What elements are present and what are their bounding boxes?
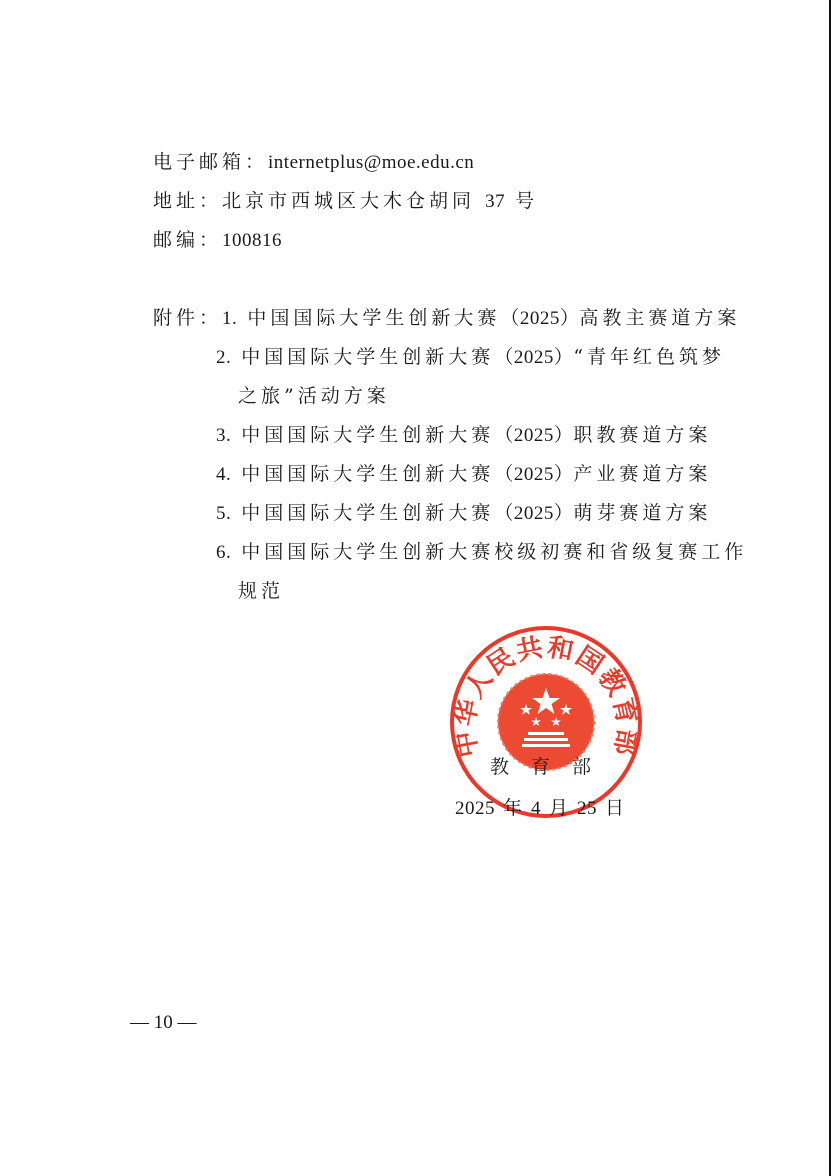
attachment-continuation: 之旅”活动方案 xyxy=(238,385,390,407)
postcode-value: 100816 xyxy=(222,230,282,251)
attachment-title: 中国国际大学生创新大赛 xyxy=(241,502,494,524)
email-value: internetplus@moe.edu.cn xyxy=(268,152,474,173)
address-line: 地址：北京市西城区大木仓胡同 37 号 xyxy=(153,189,538,214)
attachment-suffix: 职教赛道方案 xyxy=(573,424,711,446)
attachment-item-6: 6. 中国国际大学生创新大赛校级初赛和省级复赛工作 xyxy=(216,540,747,565)
attachment-number: 4. xyxy=(216,464,231,485)
attachment-title: 中国国际大学生创新大赛 xyxy=(247,307,500,329)
attachment-suffix: 产业赛道方案 xyxy=(573,463,711,485)
attachment-title: 中国国际大学生创新大赛 xyxy=(241,424,494,446)
email-line: 电子邮箱：internetplus@moe.edu.cn xyxy=(153,150,474,175)
postcode-line: 邮编：100816 xyxy=(153,228,282,253)
date-month: 4 xyxy=(531,798,541,819)
attachments-label: 附件： xyxy=(153,307,222,329)
attachment-title: 中国国际大学生创新大赛 xyxy=(241,463,494,485)
date-month-unit: 月 xyxy=(549,797,569,819)
attachment-number: 1. xyxy=(222,308,237,329)
attachment-item-5: 5. 中国国际大学生创新大赛（2025）萌芽赛道方案 xyxy=(216,501,711,526)
date-day: 25 xyxy=(577,798,597,819)
attachment-item-4: 4. 中国国际大学生创新大赛（2025）产业赛道方案 xyxy=(216,462,711,487)
page-number: — 10 — xyxy=(130,1012,197,1034)
attachment-item-2: 2. 中国国际大学生创新大赛（2025）“青年红色筑梦 xyxy=(216,345,725,370)
signature-date: 2025年4月25日 xyxy=(455,793,625,820)
address-suffix: 号 xyxy=(515,190,538,212)
attachment-item-6-continuation: 规范 xyxy=(238,579,284,603)
attachment-year: （2025） xyxy=(494,464,573,485)
attachment-item-2-continuation: 之旅”活动方案 xyxy=(238,384,390,408)
attachment-suffix: “青年红色筑梦 xyxy=(573,346,725,368)
date-day-unit: 日 xyxy=(605,797,625,819)
attachment-year: （2025） xyxy=(494,425,573,446)
address-number: 37 xyxy=(485,191,505,212)
official-seal: 中华人民共和国教育部 xyxy=(448,624,644,820)
attachment-year: （2025） xyxy=(494,347,573,368)
seal-emblem-icon: 中华人民共和国教育部 xyxy=(448,624,644,820)
address-value: 北京市西城区大木仓胡同 xyxy=(222,190,475,212)
attachment-suffix: 高教主赛道方案 xyxy=(579,307,740,329)
attachment-title: 中国国际大学生创新大赛 xyxy=(241,346,494,368)
date-year: 2025 xyxy=(455,798,495,819)
document-page: 电子邮箱：internetplus@moe.edu.cn 地址：北京市西城区大木… xyxy=(0,0,831,1176)
attachment-suffix: 萌芽赛道方案 xyxy=(573,502,711,524)
attachment-year: （2025） xyxy=(500,308,579,329)
date-year-unit: 年 xyxy=(503,797,523,819)
attachment-number: 2. xyxy=(216,347,231,368)
postcode-label: 邮编： xyxy=(153,229,222,251)
attachment-number: 5. xyxy=(216,503,231,524)
signer-name: 教育部 xyxy=(490,752,613,779)
attachment-number: 6. xyxy=(216,542,231,563)
address-label: 地址： xyxy=(153,190,222,212)
attachment-item-3: 3. 中国国际大学生创新大赛（2025）职教赛道方案 xyxy=(216,423,711,448)
attachment-title: 中国国际大学生创新大赛校级初赛和省级复赛工作 xyxy=(241,541,747,563)
attachment-item-1: 附件：1. 中国国际大学生创新大赛（2025）高教主赛道方案 xyxy=(153,306,740,331)
email-label: 电子邮箱： xyxy=(153,151,268,173)
attachment-number: 3. xyxy=(216,425,231,446)
attachment-year: （2025） xyxy=(494,503,573,524)
attachment-continuation: 规范 xyxy=(238,580,284,602)
